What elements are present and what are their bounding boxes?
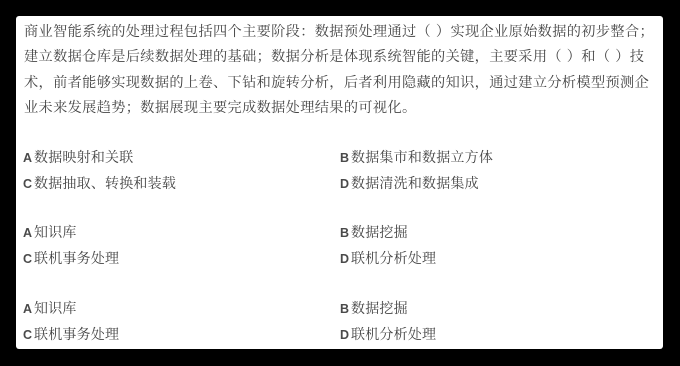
option-1b[interactable]: B数据集市和数据立方体 [340, 149, 493, 167]
option-text: 数据抽取、转换和装载 [34, 176, 176, 192]
option-1a[interactable]: A数据映射和关联 [23, 149, 133, 167]
option-3b[interactable]: B数据挖掘 [340, 300, 408, 318]
option-letter: C [23, 175, 32, 193]
question-text: 商业智能系统的处理过程包括四个主要阶段：数据预处理通过（ ）实现企业原始数据的初… [24, 20, 656, 121]
option-letter: C [23, 250, 32, 268]
option-letter: A [23, 300, 32, 318]
option-text: 数据挖掘 [351, 301, 408, 317]
option-3a[interactable]: A知识库 [23, 300, 77, 318]
option-2d[interactable]: D联机分析处理 [340, 250, 436, 268]
option-text: 知识库 [34, 225, 77, 241]
option-letter: C [23, 326, 32, 344]
option-letter: D [340, 326, 349, 344]
option-text: 联机事务处理 [34, 251, 119, 267]
option-2c[interactable]: C联机事务处理 [23, 250, 119, 268]
option-text: 知识库 [34, 301, 77, 317]
question-card: 商业智能系统的处理过程包括四个主要阶段：数据预处理通过（ ）实现企业原始数据的初… [16, 16, 663, 349]
option-text: 数据挖掘 [351, 225, 408, 241]
option-1c[interactable]: C数据抽取、转换和装载 [23, 175, 176, 193]
option-text: 数据清洗和数据集成 [351, 176, 479, 192]
option-3d[interactable]: D联机分析处理 [340, 326, 436, 344]
option-text: 联机分析处理 [351, 327, 436, 343]
option-3c[interactable]: C联机事务处理 [23, 326, 119, 344]
option-text: 联机分析处理 [351, 251, 436, 267]
option-letter: B [340, 149, 349, 167]
option-text: 联机事务处理 [34, 327, 119, 343]
option-letter: B [340, 224, 349, 242]
option-letter: D [340, 250, 349, 268]
option-1d[interactable]: D数据清洗和数据集成 [340, 175, 479, 193]
option-letter: A [23, 224, 32, 242]
option-2b[interactable]: B数据挖掘 [340, 224, 408, 242]
option-2a[interactable]: A知识库 [23, 224, 77, 242]
option-text: 数据集市和数据立方体 [351, 150, 493, 166]
option-text: 数据映射和关联 [34, 150, 133, 166]
option-letter: D [340, 175, 349, 193]
option-letter: A [23, 149, 32, 167]
option-letter: B [340, 300, 349, 318]
